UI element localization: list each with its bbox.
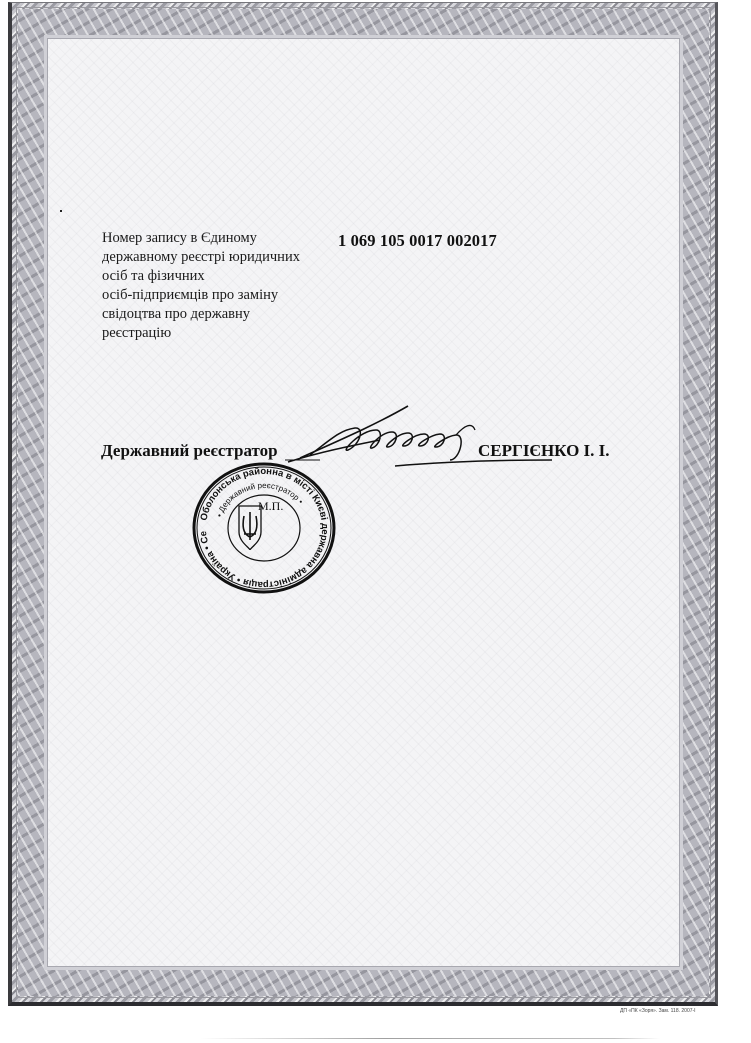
registrar-label: Державний реєстратор — [101, 441, 278, 461]
record-label-line: осіб-підприємців про заміну — [102, 286, 322, 305]
scan-artifact-line — [200, 1038, 660, 1039]
printer-imprint: ДП «ПК «Зоря». Зам. 118. 2007-І — [620, 1008, 696, 1014]
mp-label: М.П. — [258, 499, 283, 514]
record-label-line: свідоцтва про державну — [102, 305, 322, 324]
record-label-line: Номер запису в Єдиному — [102, 229, 322, 248]
certificate-frame — [8, 2, 718, 1006]
official-seal-icon: Оболонська районна в місті Києві державн… — [191, 462, 337, 594]
record-number: 1 069 105 0017 002017 — [338, 231, 497, 251]
certificate-paper — [44, 35, 683, 970]
record-label-line: осіб та фізичних — [102, 267, 322, 286]
registrar-name: СЕРГІЄНКО І. І. — [478, 441, 610, 461]
record-label-line: реєстрацію — [102, 324, 322, 343]
record-label: Номер запису в Єдиному державному реєстр… — [102, 229, 322, 343]
record-label-line: державному реєстрі юридичних — [102, 248, 322, 267]
scan-speck — [60, 210, 62, 212]
